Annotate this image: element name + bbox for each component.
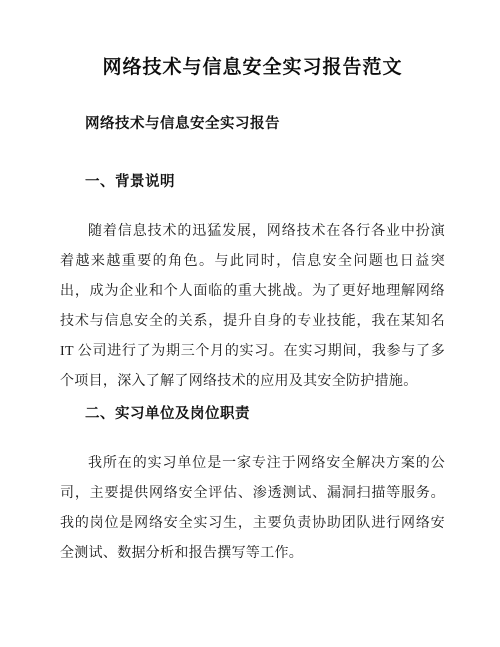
section-internship-unit-heading: 二、实习单位及岗位职责 [60, 405, 445, 423]
section-internship-unit: 二、实习单位及岗位职责 我所在的实习单位是一家专注于网络安全解决方案的公司，主要… [60, 405, 445, 569]
document-subtitle: 网络技术与信息安全实习报告 [60, 115, 445, 133]
section-internship-unit-paragraph: 我所在的实习单位是一家专注于网络安全解决方案的公司，主要提供网络安全评估、渗透测… [60, 449, 445, 569]
section-background-heading: 一、背景说明 [60, 173, 445, 191]
section-background: 一、背景说明 随着信息技术的迅猛发展，网络技术在各行各业中扮演着越来越重要的角色… [60, 173, 445, 397]
section-background-paragraph: 随着信息技术的迅猛发展，网络技术在各行各业中扮演着越来越重要的角色。与此同时，信… [60, 217, 445, 397]
document-page: 网络技术与信息安全实习报告范文 网络技术与信息安全实习报告 一、背景说明 随着信… [0, 0, 500, 647]
document-title: 网络技术与信息安全实习报告范文 [60, 54, 445, 82]
